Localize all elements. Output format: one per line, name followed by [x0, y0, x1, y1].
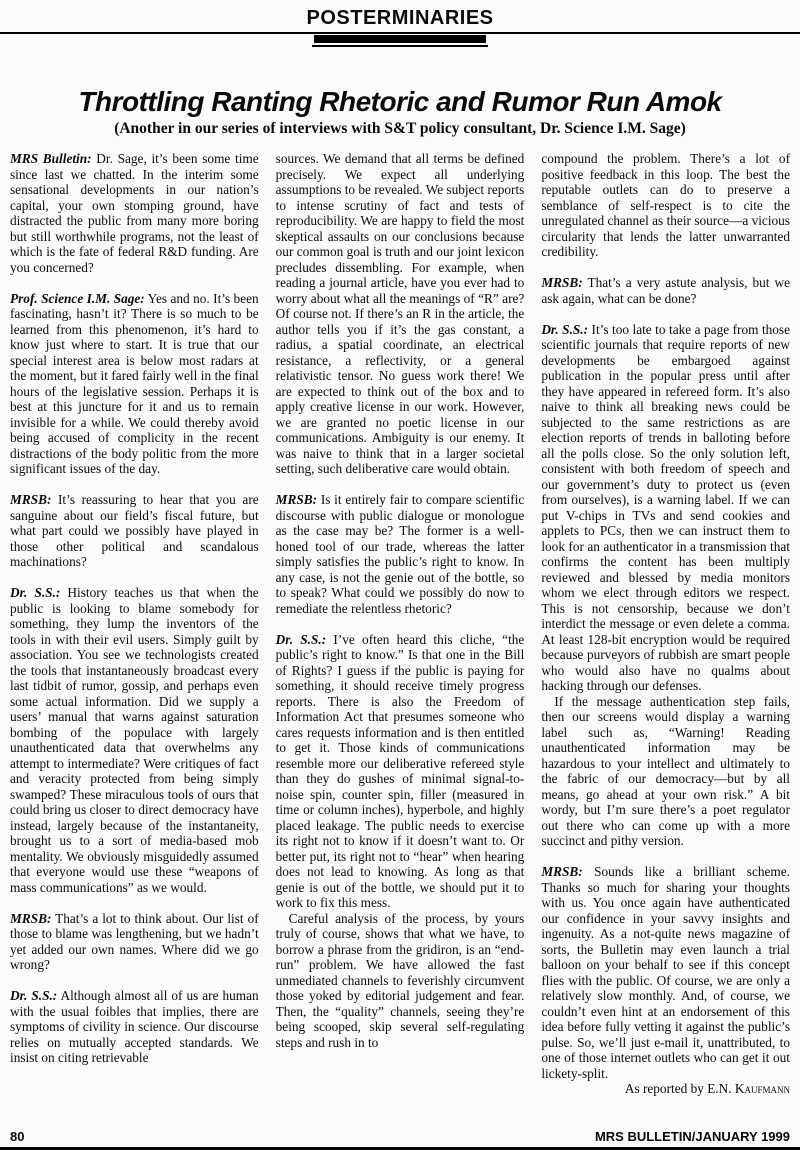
paragraph: MRSB: That’s a very astute analysis, but…: [541, 275, 790, 306]
byline-text: As reported by E.N.: [625, 1081, 735, 1096]
paragraph: compound the problem. There’s a lot of p…: [541, 151, 790, 260]
article-body: MRS Bulletin: Dr. Sage, it’s been some t…: [0, 151, 800, 1097]
speaker-label: MRSB:: [10, 911, 51, 926]
article-subtitle: (Another in our series of interviews wit…: [0, 120, 800, 138]
article-title: Throttling Ranting Rhetoric and Rumor Ru…: [0, 87, 800, 116]
speaker-label: MRSB:: [10, 492, 51, 507]
speaker-label: MRS Bulletin:: [10, 151, 92, 166]
speaker-label: Dr. S.S.:: [276, 632, 326, 647]
paragraph: Dr. S.S.: Although almost all of us are …: [10, 988, 259, 1066]
masthead-heavy-bar: [314, 35, 486, 43]
magazine-page: POSTERMINARIES Throttling Ranting Rhetor…: [0, 0, 800, 1150]
paragraph-text: It’s too late to take a page from those …: [541, 322, 790, 694]
speaker-label: Dr. S.S.:: [541, 322, 588, 337]
paragraph: sources. We demand that all terms be def…: [276, 151, 525, 477]
paragraph: MRSB: It’s reassuring to hear that you a…: [10, 492, 259, 570]
paragraph: Dr. S.S.: I’ve often heard this cliche, …: [276, 632, 525, 911]
paragraph-text: Dr. Sage, it’s been some time since last…: [10, 151, 259, 275]
page-number: 80: [10, 1129, 24, 1144]
byline-name: Kaufmann: [735, 1081, 790, 1096]
masthead-bar-underline: [312, 45, 488, 47]
paragraph: MRSB: Is it entirely fair to compare sci…: [276, 492, 525, 616]
paragraph: Prof. Science I.M. Sage: Yes and no. It’…: [10, 291, 259, 477]
paragraph-text: I’ve often heard this cliche, “the publi…: [276, 632, 525, 911]
column-3: compound the problem. There’s a lot of p…: [541, 151, 790, 1097]
page-footer: 80 MRS BULLETIN/JANUARY 1999: [10, 1129, 790, 1144]
speaker-label: Prof. Science I.M. Sage:: [10, 291, 145, 306]
paragraph: Careful analysis of the process, by your…: [276, 911, 525, 1051]
section-masthead: POSTERMINARIES: [0, 0, 800, 30]
paragraph-text: Sounds like a brilliant scheme. Thanks s…: [541, 864, 790, 1081]
paragraph-text: History teaches us that when the public …: [10, 585, 259, 895]
speaker-label: MRSB:: [541, 864, 582, 879]
paragraph-text: compound the problem. There’s a lot of p…: [541, 151, 790, 259]
speaker-label: MRSB:: [276, 492, 317, 507]
paragraph: MRSB: Sounds like a brilliant scheme. Th…: [541, 864, 790, 1081]
speaker-label: Dr. S.S.:: [10, 988, 57, 1003]
paragraph: Dr. S.S.: It’s too late to take a page f…: [541, 322, 790, 694]
paragraph: MRSB: That’s a lot to think about. Our l…: [10, 911, 259, 973]
paragraph-text: Careful analysis of the process, by your…: [276, 911, 525, 1050]
masthead-rules: [0, 31, 800, 47]
speaker-label: MRSB:: [541, 275, 582, 290]
full-width-rule: [0, 32, 800, 34]
paragraph: Dr. S.S.: History teaches us that when t…: [10, 585, 259, 895]
column-1: MRS Bulletin: Dr. Sage, it’s been some t…: [10, 151, 259, 1097]
paragraph: If the message authentication step fails…: [541, 694, 790, 849]
speaker-label: Dr. S.S.:: [10, 585, 60, 600]
paragraph-text: If the message authentication step fails…: [541, 694, 790, 849]
paragraph-text: Is it entirely fair to compare scientifi…: [276, 492, 525, 616]
journal-issue-label: MRS BULLETIN/JANUARY 1999: [595, 1129, 790, 1144]
title-block: Throttling Ranting Rhetoric and Rumor Ru…: [0, 87, 800, 138]
byline: As reported by E.N. Kaufmann: [541, 1081, 790, 1097]
column-2: sources. We demand that all terms be def…: [276, 151, 525, 1097]
paragraph-text: Yes and no. It’s been fascinating, hasn’…: [10, 291, 259, 477]
paragraph-text: sources. We demand that all terms be def…: [276, 151, 525, 476]
paragraph: MRS Bulletin: Dr. Sage, it’s been some t…: [10, 151, 259, 275]
